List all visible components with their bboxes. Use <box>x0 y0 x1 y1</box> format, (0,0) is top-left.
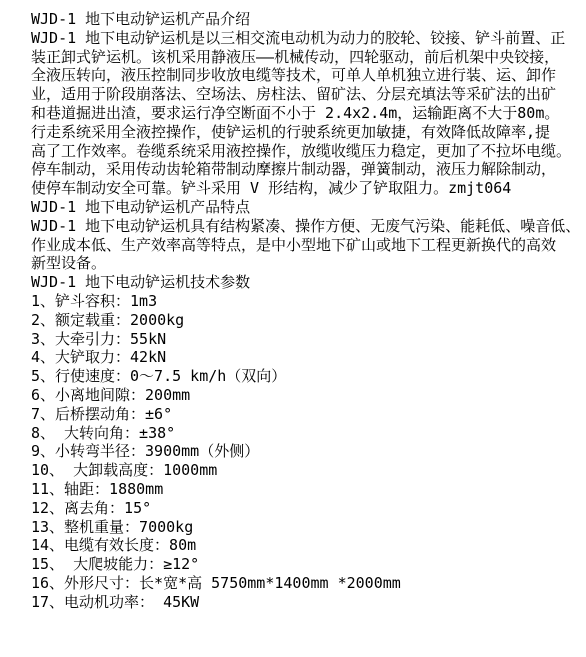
spec-item: 1、铲斗容积：1m3 <box>31 292 576 311</box>
spec-item: 15、 大爬坡能力：≥12° <box>31 555 576 574</box>
spec-item: 17、电动机功率： 45KW <box>31 593 576 612</box>
spec-item: 8、 大转向角：±38° <box>31 424 576 443</box>
intro-title: WJD-1 地下电动铲运机产品介绍 <box>31 10 576 29</box>
intro-line: 停车制动，采用传动齿轮箱带制动摩擦片制动器，弹簧制动，液压力解除制动， <box>31 160 576 179</box>
features-line: 新型设备。 <box>31 254 576 273</box>
spec-item: 7、后桥摆动角：±6° <box>31 405 576 424</box>
spec-item: 14、电缆有效长度：80m <box>31 536 576 555</box>
spec-item: 6、小离地间隙：200mm <box>31 386 576 405</box>
spec-item: 3、大牵引力：55kN <box>31 330 576 349</box>
features-line: 作业成本低、生产效率高等特点，是中小型地下矿山或地下工程更新换代的高效 <box>31 236 576 255</box>
intro-line: 高了工作效率。卷缆系统采用液控操作，放缆收缆压力稳定，更加了不拉坏电缆。 <box>31 142 576 161</box>
intro-line: WJD-1 地下电动铲运机是以三相交流电动机为动力的胶轮、铰接、铲斗前置、正 <box>31 29 576 48</box>
intro-line: 全液压转向，液压控制同步收放电缆等技术，可单人单机独立进行装、运、卸作 <box>31 66 576 85</box>
spec-item: 11、轴距：1880mm <box>31 480 576 499</box>
features-title: WJD-1 地下电动铲运机产品特点 <box>31 198 576 217</box>
spec-item: 2、额定载重：2000kg <box>31 311 576 330</box>
spec-item: 10、 大卸载高度：1000mm <box>31 461 576 480</box>
specs-title: WJD-1 地下电动铲运机技术参数 <box>31 273 576 292</box>
spec-item: 5、行使速度：0～7.5 km/h（双向） <box>31 367 576 386</box>
intro-line: 业，适用于阶段崩落法、空场法、房柱法、留矿法、分层充填法等采矿法的出矿 <box>31 85 576 104</box>
intro-line: 和巷道掘进出渣，要求运行净空断面不小于 2.4x2.4m，运输距离不大于80m。 <box>31 104 576 123</box>
spec-item: 13、整机重量：7000kg <box>31 518 576 537</box>
spec-item: 9、小转弯半径：3900mm（外侧） <box>31 442 576 461</box>
intro-line: 装正卸式铲运机。该机采用静液压——机械传动，四轮驱动，前后机架中央铰接， <box>31 48 576 67</box>
intro-line: 使停车制动安全可靠。铲斗采用 V 形结构，减少了铲取阻力。zmjt064 <box>31 179 576 198</box>
intro-line: 行走系统采用全液控操作，使铲运机的行驶系统更加敏捷，有效降低故障率,提 <box>31 123 576 142</box>
features-line: WJD-1 地下电动铲运机具有结构紧凑、操作方便、无废气污染、能耗低、噪音低、 <box>31 217 576 236</box>
document-page: WJD-1 地下电动铲运机产品介绍 WJD-1 地下电动铲运机是以三相交流电动机… <box>31 10 576 612</box>
spec-item: 12、离去角：15° <box>31 499 576 518</box>
spec-item: 16、外形尺寸：长*宽*高 5750mm*1400mm *2000mm <box>31 574 576 593</box>
spec-item: 4、大铲取力：42kN <box>31 348 576 367</box>
